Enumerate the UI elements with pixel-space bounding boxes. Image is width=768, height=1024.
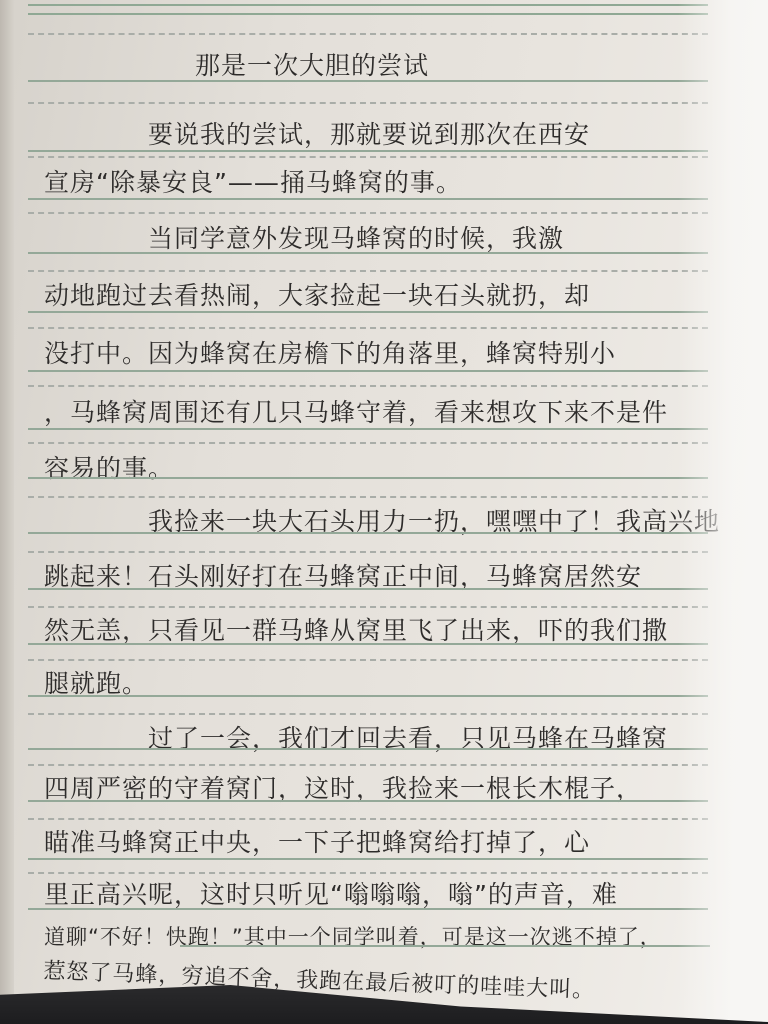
dashed-rule <box>28 659 708 661</box>
solid-rule <box>28 150 708 152</box>
solid-rule <box>28 748 708 750</box>
paragraph-2-line-1: 当同学意外发现马蜂窝的时候，我激 <box>44 222 768 256</box>
header-double-rule-1 <box>28 4 708 6</box>
page-shadow-edge <box>0 0 14 1024</box>
paragraph-2-line-5: 容易的事。 <box>44 452 724 486</box>
paragraph-4-line-3: 瞄准马蜂窝正中央，一下子把蜂窝给打掉了，心 <box>44 826 724 860</box>
dashed-rule <box>28 713 708 715</box>
paragraph-4-line-5: 道聊“不好！快跑！”其中一个同学叫着，可是这一次逃不掉了， <box>44 920 724 954</box>
essay-title: 那是一次大胆的尝试 <box>195 46 429 82</box>
solid-rule <box>28 908 708 910</box>
dashed-rule <box>28 33 708 35</box>
solid-rule <box>28 588 708 590</box>
paragraph-4-line-1: 过了一会，我们才回去看，只见马蜂在马蜂窝 <box>44 722 768 756</box>
dashed-rule <box>28 551 708 553</box>
solid-rule <box>28 80 708 82</box>
paragraph-1-line-1: 要说我的尝试，那就要说到那次在西安 <box>44 118 768 152</box>
paragraph-4-line-4: 里正高兴呢，这时只听见“嗡嗡嗡，嗡”的声音，难 <box>44 878 724 912</box>
dashed-rule <box>28 872 708 874</box>
light-glare <box>678 0 768 1024</box>
paragraph-2-line-3: 没打中。因为蜂窝在房檐下的角落里，蜂窝特别小 <box>44 337 724 371</box>
dashed-rule <box>28 764 708 766</box>
dashed-rule <box>28 496 708 498</box>
solid-rule <box>28 858 708 860</box>
dashed-rule <box>28 270 708 272</box>
solid-rule <box>28 370 708 372</box>
solid-rule <box>28 695 708 697</box>
solid-rule <box>28 198 708 200</box>
solid-rule <box>28 311 708 313</box>
paragraph-2-line-4: ，马蜂窝周围还有几只马蜂守着，看来想攻下来不是件 <box>44 396 724 430</box>
dashed-rule <box>28 442 708 444</box>
dashed-rule <box>28 327 708 329</box>
solid-rule <box>28 428 708 430</box>
solid-rule <box>28 252 708 254</box>
paragraph-1-line-2: 宣房“除暴安良”——捅马蜂窝的事。 <box>44 166 724 200</box>
solid-rule <box>28 800 708 802</box>
solid-rule <box>180 945 710 947</box>
dashed-rule <box>28 818 708 820</box>
dashed-rule <box>28 606 708 608</box>
dashed-rule <box>28 102 708 104</box>
dashed-rule <box>28 385 708 387</box>
solid-rule <box>28 643 708 645</box>
header-double-rule-2 <box>28 13 708 15</box>
dashed-rule <box>28 212 708 214</box>
notebook-page: 那是一次大胆的尝试 要说我的尝试，那就要说到那次在西安 宣房“除暴安良”——捅马… <box>0 0 768 1024</box>
dashed-rule <box>28 156 708 158</box>
solid-rule <box>28 477 708 479</box>
solid-rule <box>28 532 708 534</box>
paragraph-2-line-2: 动地跑过去看热闹，大家捡起一块石头就扔，却 <box>44 279 724 313</box>
